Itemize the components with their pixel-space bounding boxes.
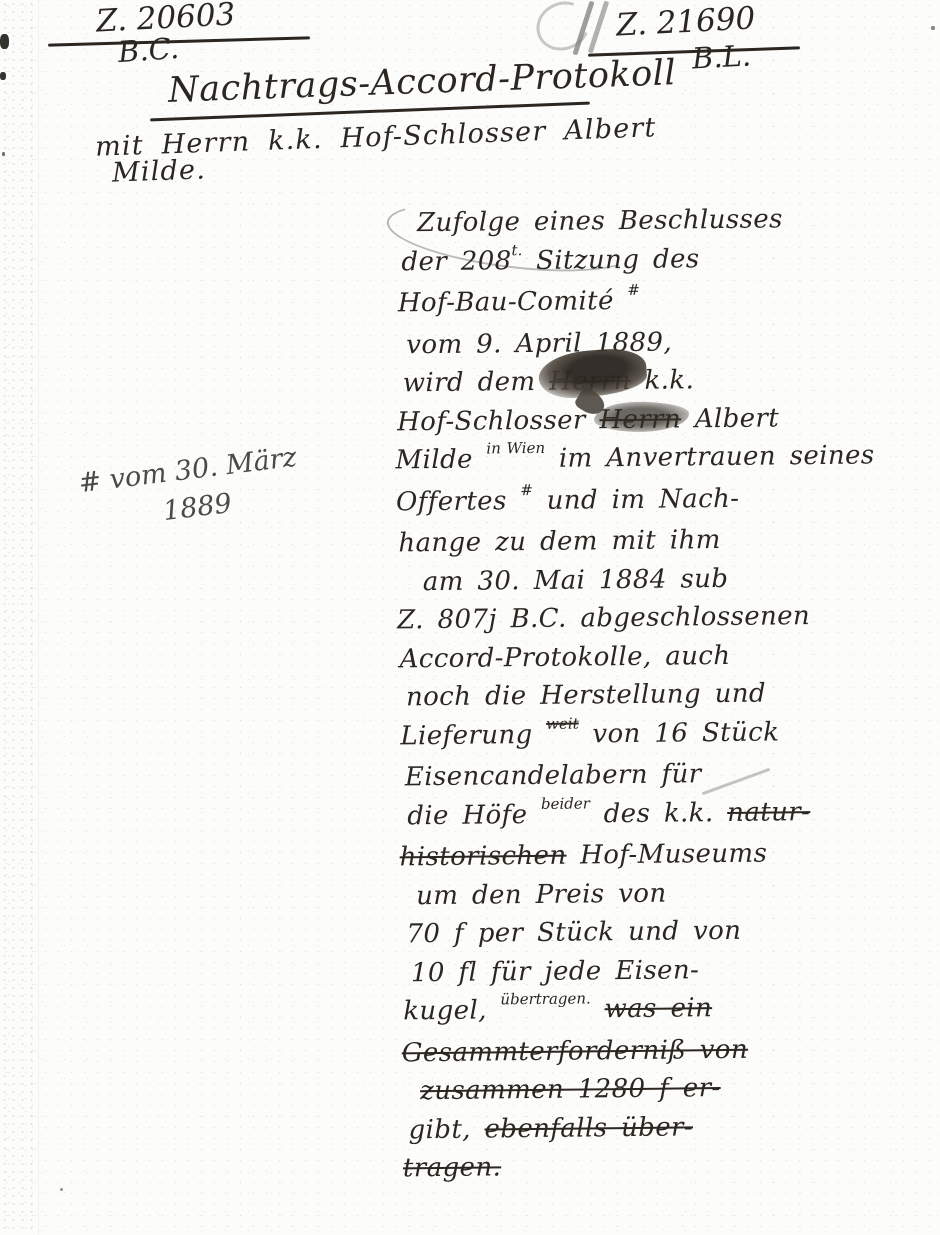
body-line: Accord-Protokolle, auch: [397, 635, 857, 678]
body-text-segment: Sitzung des: [522, 244, 699, 276]
body-text-segment: Eisencandelabern für: [405, 759, 702, 792]
body-line: Hof-Bau-Comité #: [394, 280, 854, 326]
registry-office-right: B.L.: [691, 38, 752, 75]
body-text-segment: Zufolge eines Beschlusses: [417, 204, 783, 238]
inserted-text: #: [520, 480, 533, 498]
body-text-segment: Z. 807j B.C. abgeschlossenen: [397, 601, 810, 635]
body-text-segment: wird dem: [403, 367, 550, 399]
body-text-segment: noch die Herstellung und: [406, 679, 766, 713]
ink-blot: Herrn: [549, 366, 631, 397]
body-text-segment: von 16 Stück: [579, 717, 780, 749]
scan-artifact: [60, 1188, 63, 1191]
struck-text: weit: [546, 714, 579, 732]
margin-note-line-2: 1889: [161, 488, 233, 527]
body-line: um den Preis von: [400, 872, 860, 915]
registry-office-left: B.C.: [117, 31, 180, 69]
body-line: wird dem Herrn k.k.: [395, 360, 855, 403]
body-line: hange zu dem mit ihm: [396, 520, 856, 563]
body-line: noch die Herstellung und: [398, 674, 858, 717]
inserted-text: #: [627, 281, 640, 299]
body-text-segment: um den Preis von: [416, 878, 667, 911]
body-line: Milde in Wien im Anvertrauen seines: [395, 437, 855, 483]
body-line: kugel, übertragen. was ein: [401, 988, 861, 1034]
body-line: der 208t. Sitzung des: [393, 238, 853, 284]
body-text-segment: Hof-Museums: [566, 839, 767, 871]
body-text-segment: Lieferung: [400, 719, 546, 751]
body-text-segment: Milde: [395, 444, 486, 475]
inserted-text: t.: [511, 241, 522, 259]
registry-number-right: Z. 21690: [615, 0, 756, 43]
body-text-segment: am 30. Mai 1884 sub: [423, 563, 729, 596]
body-line: zusammen 1280 f er-: [402, 1068, 862, 1111]
body-text-segment: gibt,: [408, 1114, 484, 1145]
body-line: Gesammterforderniß von: [402, 1029, 862, 1072]
scan-left-edge: [0, 0, 39, 1235]
scan-artifact: [0, 34, 9, 49]
struck-text: zusammen 1280 f er-: [420, 1073, 721, 1106]
body-text-segment: des k.k.: [590, 797, 728, 828]
body-line: 10 fl für jede Eisen-: [401, 949, 861, 992]
body-text-segment: Offertes: [396, 486, 521, 517]
body-line: 70 f per Stück und von: [400, 911, 860, 954]
body-text-segment: der 208: [401, 246, 511, 277]
body-text-segment: und im Nach-: [533, 483, 740, 515]
body-text-segment: Hof-Bau-Comité: [398, 286, 628, 318]
body-text-segment: hange zu dem mit ihm: [398, 525, 721, 558]
document-title: Nachtrags-Accord-Protokoll: [167, 53, 676, 111]
body-text-segment: [591, 994, 605, 1024]
scan-artifact: [2, 152, 5, 156]
scanned-document-page: Z. 20603 B.C. Z. 21690 B.L. Nachtrags-Ac…: [0, 0, 940, 1235]
body-line: Eisencandelabern für: [399, 754, 859, 797]
margin-note-line-1: # vom 30. März: [77, 442, 298, 499]
body-text-segment: Accord-Protokolle, auch: [399, 640, 730, 673]
body-text-segment: Hof-Schlosser: [397, 405, 600, 437]
body-line: am 30. Mai 1884 sub: [397, 558, 857, 601]
body-line: Z. 807j B.C. abgeschlossenen: [397, 597, 857, 640]
body-line: tragen.: [403, 1145, 863, 1188]
body-text-segment: k.k.: [631, 365, 695, 396]
struck-text: was ein: [604, 993, 712, 1024]
body-line: gibt, ebenfalls über-: [402, 1106, 862, 1149]
struck-text: historischen: [400, 841, 567, 873]
body-text-segment: 70 f per Stück und von: [406, 916, 741, 950]
struck-text: tragen.: [403, 1152, 502, 1183]
scan-artifact: [0, 72, 6, 80]
struck-text: ebenfalls über-: [484, 1112, 693, 1144]
body-text-segment: die Höfe: [407, 799, 541, 830]
ink-smudge: Herrn: [599, 404, 681, 435]
body-text-segment: 10 fl für jede Eisen-: [411, 955, 700, 988]
body-text-segment: im Anvertrauen seines: [545, 440, 875, 473]
inserted-text: in Wien: [486, 439, 545, 458]
body-text: Zufolge eines Beschlussesder 208t. Sitzu…: [393, 200, 863, 1188]
struck-text: natur-: [727, 797, 810, 828]
inserted-text: beider: [541, 794, 590, 813]
body-line: historischen Hof-Museums: [400, 834, 860, 877]
body-line: Hof-Schlosser Herrn Albert: [395, 398, 855, 441]
registry-number-left-underline: [48, 36, 310, 46]
body-text-segment: kugel,: [403, 995, 500, 1026]
body-text-segment: Albert: [681, 403, 779, 434]
inserted-text: übertragen.: [500, 989, 591, 1008]
scan-artifact: [931, 26, 935, 30]
struck-text: Gesammterforderniß von: [402, 1034, 749, 1068]
body-line: Zufolge eines Beschlusses: [393, 200, 853, 243]
body-line: Lieferung weit von 16 Stück: [398, 712, 858, 758]
body-line: die Höfe beider des k.k. natur-: [399, 792, 859, 838]
subtitle-line-2: Milde.: [111, 154, 206, 188]
body-line: Offertes # und im Nach-: [396, 478, 856, 524]
